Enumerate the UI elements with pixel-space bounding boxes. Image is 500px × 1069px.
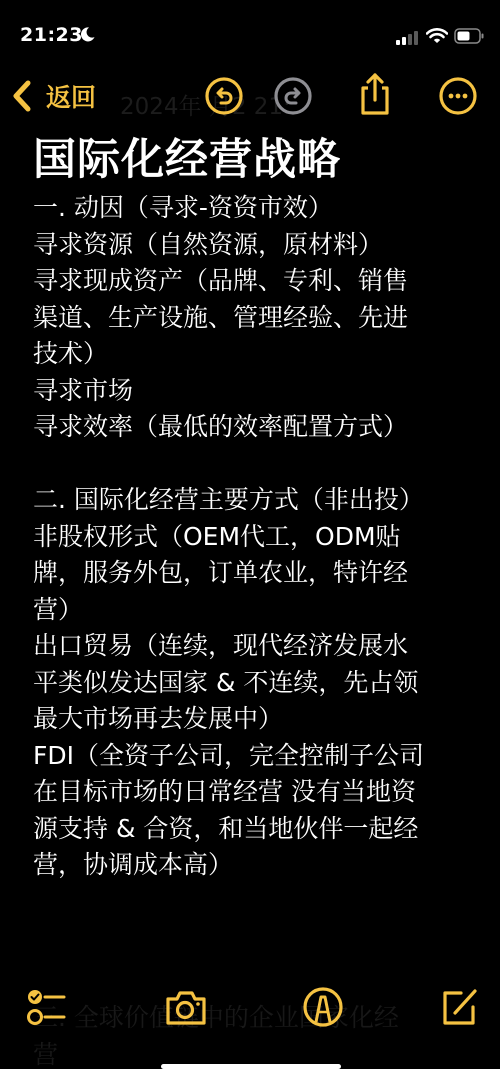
wifi-icon xyxy=(426,28,448,44)
blank-line xyxy=(33,446,473,483)
checklist-icon[interactable] xyxy=(24,985,70,1031)
back-label: 返回 xyxy=(46,78,96,114)
home-indicator[interactable] xyxy=(161,1064,341,1069)
note-title: 国际化经营战略 xyxy=(33,130,473,190)
note-line: 寻求效率（最低的效率配置方式） xyxy=(33,409,473,446)
markup-icon[interactable] xyxy=(300,985,346,1031)
battery-icon xyxy=(454,28,484,44)
note-line: 非股权形式（OEM代工，ODM贴 xyxy=(33,519,473,556)
undo-icon[interactable] xyxy=(204,76,244,116)
note-body[interactable]: 国际化经营战略 一. 动因（寻求-资资市效） 寻求资源（自然资源，原材料） 寻求… xyxy=(33,130,473,884)
chevron-left-icon xyxy=(10,79,34,113)
status-bar: 21:23 xyxy=(0,0,500,60)
camera-icon[interactable] xyxy=(163,985,209,1031)
compose-icon[interactable] xyxy=(437,985,483,1031)
note-line: 在目标市场的日常经营 没有当地资 xyxy=(33,774,473,811)
note-line: 平类似发达国家 & 不连续，先占领 xyxy=(33,665,473,702)
share-icon[interactable] xyxy=(355,72,395,116)
note-line: 牌，服务外包，订单农业，特许经 xyxy=(33,555,473,592)
note-line: 最大市场再去发展中） xyxy=(33,701,473,738)
more-icon[interactable] xyxy=(438,76,478,116)
back-button[interactable]: 返回 xyxy=(10,78,96,114)
note-line: 寻求资源（自然资源，原材料） xyxy=(33,227,473,264)
note-line: 营，协调成本高） xyxy=(33,847,473,884)
cellular-signal-icon xyxy=(396,31,418,45)
note-line: 二. 国际化经营主要方式（非出投） xyxy=(33,482,473,519)
note-line: 寻求市场 xyxy=(33,373,473,410)
redo-icon[interactable] xyxy=(273,76,313,116)
note-line: 渠道、生产设施、管理经验、先进 xyxy=(33,300,473,337)
note-line: 一. 动因（寻求-资资市效） xyxy=(33,190,473,227)
note-line: 营） xyxy=(33,592,473,629)
bottom-toolbar xyxy=(0,985,500,1035)
note-line: 寻求现成资产（品牌、专利、销售 xyxy=(33,263,473,300)
note-line: 源支持 & 合资，和当地伙伴一起经 xyxy=(33,811,473,848)
note-line: 技术） xyxy=(33,336,473,373)
status-time: 21:23 xyxy=(20,24,83,46)
note-line: 出口贸易（连续，现代经济发展水 xyxy=(33,628,473,665)
navigation-bar: 2024年 月2 21: 返回 xyxy=(0,70,500,126)
moon-icon xyxy=(80,26,96,42)
note-line: FDI（全资子公司，完全控制子公司 xyxy=(33,738,473,775)
